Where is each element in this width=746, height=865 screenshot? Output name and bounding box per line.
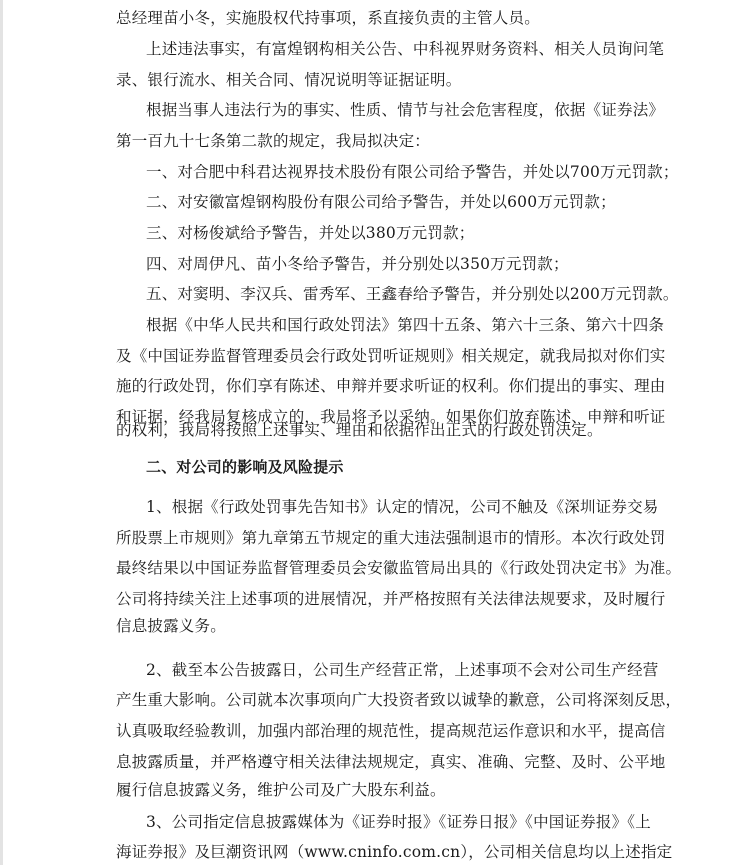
- penalty-item-1: 一、对合肥中科君达视界技术股份有限公司给予警告，并处以700万元罚款；: [146, 162, 679, 182]
- text-line: 公司将持续关注上述事项的进展情况，并严格按照有关法律法规要求，及时履行: [116, 589, 666, 609]
- text-line: 施的行政处罚，你们享有陈述、申辩并要求听证的权利。你们提出的事实、理由: [116, 376, 666, 396]
- penalty-item-4: 四、对周伊凡、苗小冬给予警告，并分别处以350万元罚款；: [146, 254, 569, 274]
- text-line: 产生重大影响。公司就本次事项向广大投资者致以诚挚的歉意，公司将深刻反思，: [116, 690, 681, 710]
- text-line: 息披露质量，并严格遵守相关法律法规规定，真实、准确、完整、及时、公平地: [116, 752, 666, 772]
- text-line: 2、截至本公告披露日，公司生产经营正常，上述事项不会对公司生产经营: [146, 660, 658, 680]
- text-line: 第一百九十七条第二款的规定，我局拟决定：: [116, 131, 430, 151]
- text-line: 信息披露义务。: [116, 616, 226, 636]
- text-line: 3、公司指定信息披露媒体为《证券时报》《证券日报》《中国证券报》《上: [146, 812, 651, 832]
- penalty-item-3: 三、对杨俊斌给予警告，并处以380万元罚款；: [146, 223, 475, 243]
- text-line: 1、根据《行政处罚事先告知书》认定的情况，公司不触及《深圳证券交易: [146, 497, 658, 517]
- page-left-border: [0, 0, 3, 865]
- penalty-item-5: 五、对窦明、李汉兵、雷秀军、王鑫春给予警告，并分别处以200万元罚款。: [146, 284, 679, 304]
- text-line: 所股票上市规则》第九章第五节规定的重大违法强制退市的情形。本次行政处罚: [116, 528, 666, 548]
- text-line: 录、银行流水、相关合同、情况说明等证据证明。: [116, 70, 461, 90]
- text-line: 上述违法事实，有富煌钢构相关公告、中科视界财务资料、相关人员询问笔: [146, 39, 664, 59]
- text-line: 海证券报》及巨潮资讯网（www.cninfo.com.cn），公司相关信息均以上…: [116, 842, 672, 862]
- text-line: 认真吸取经验教训，加强内部治理的规范性，提高规范运作意识和水平，提高信: [116, 721, 666, 741]
- text-line: 根据《中华人民共和国行政处罚法》第四十五条、第六十三条、第六十四条: [146, 315, 664, 335]
- section-heading: 二、对公司的影响及风险提示: [146, 457, 344, 477]
- text-line: 履行信息披露义务，维护公司及广大股东利益。: [116, 780, 446, 800]
- text-line: 根据当事人违法行为的事实、性质、情节与社会危害程度，依据《证券法》: [146, 100, 664, 120]
- text-line: 的权利，我局将按照上述事实、理由和依据作出正式的行政处罚决定。: [116, 420, 603, 440]
- penalty-item-2: 二、对安徽富煌钢构股份有限公司给予警告，并处以600万元罚款；: [146, 192, 616, 212]
- text-line: 及《中国证券监督管理委员会行政处罚听证规则》相关规定，就我局拟对你们实: [116, 346, 666, 366]
- text-line: 最终结果以中国证券监督管理委员会安徽监管局出具的《行政处罚决定书》为准。: [116, 558, 681, 578]
- text-line: 总经理苗小冬，实施股权代持事项，系直接负责的主管人员。: [116, 8, 540, 28]
